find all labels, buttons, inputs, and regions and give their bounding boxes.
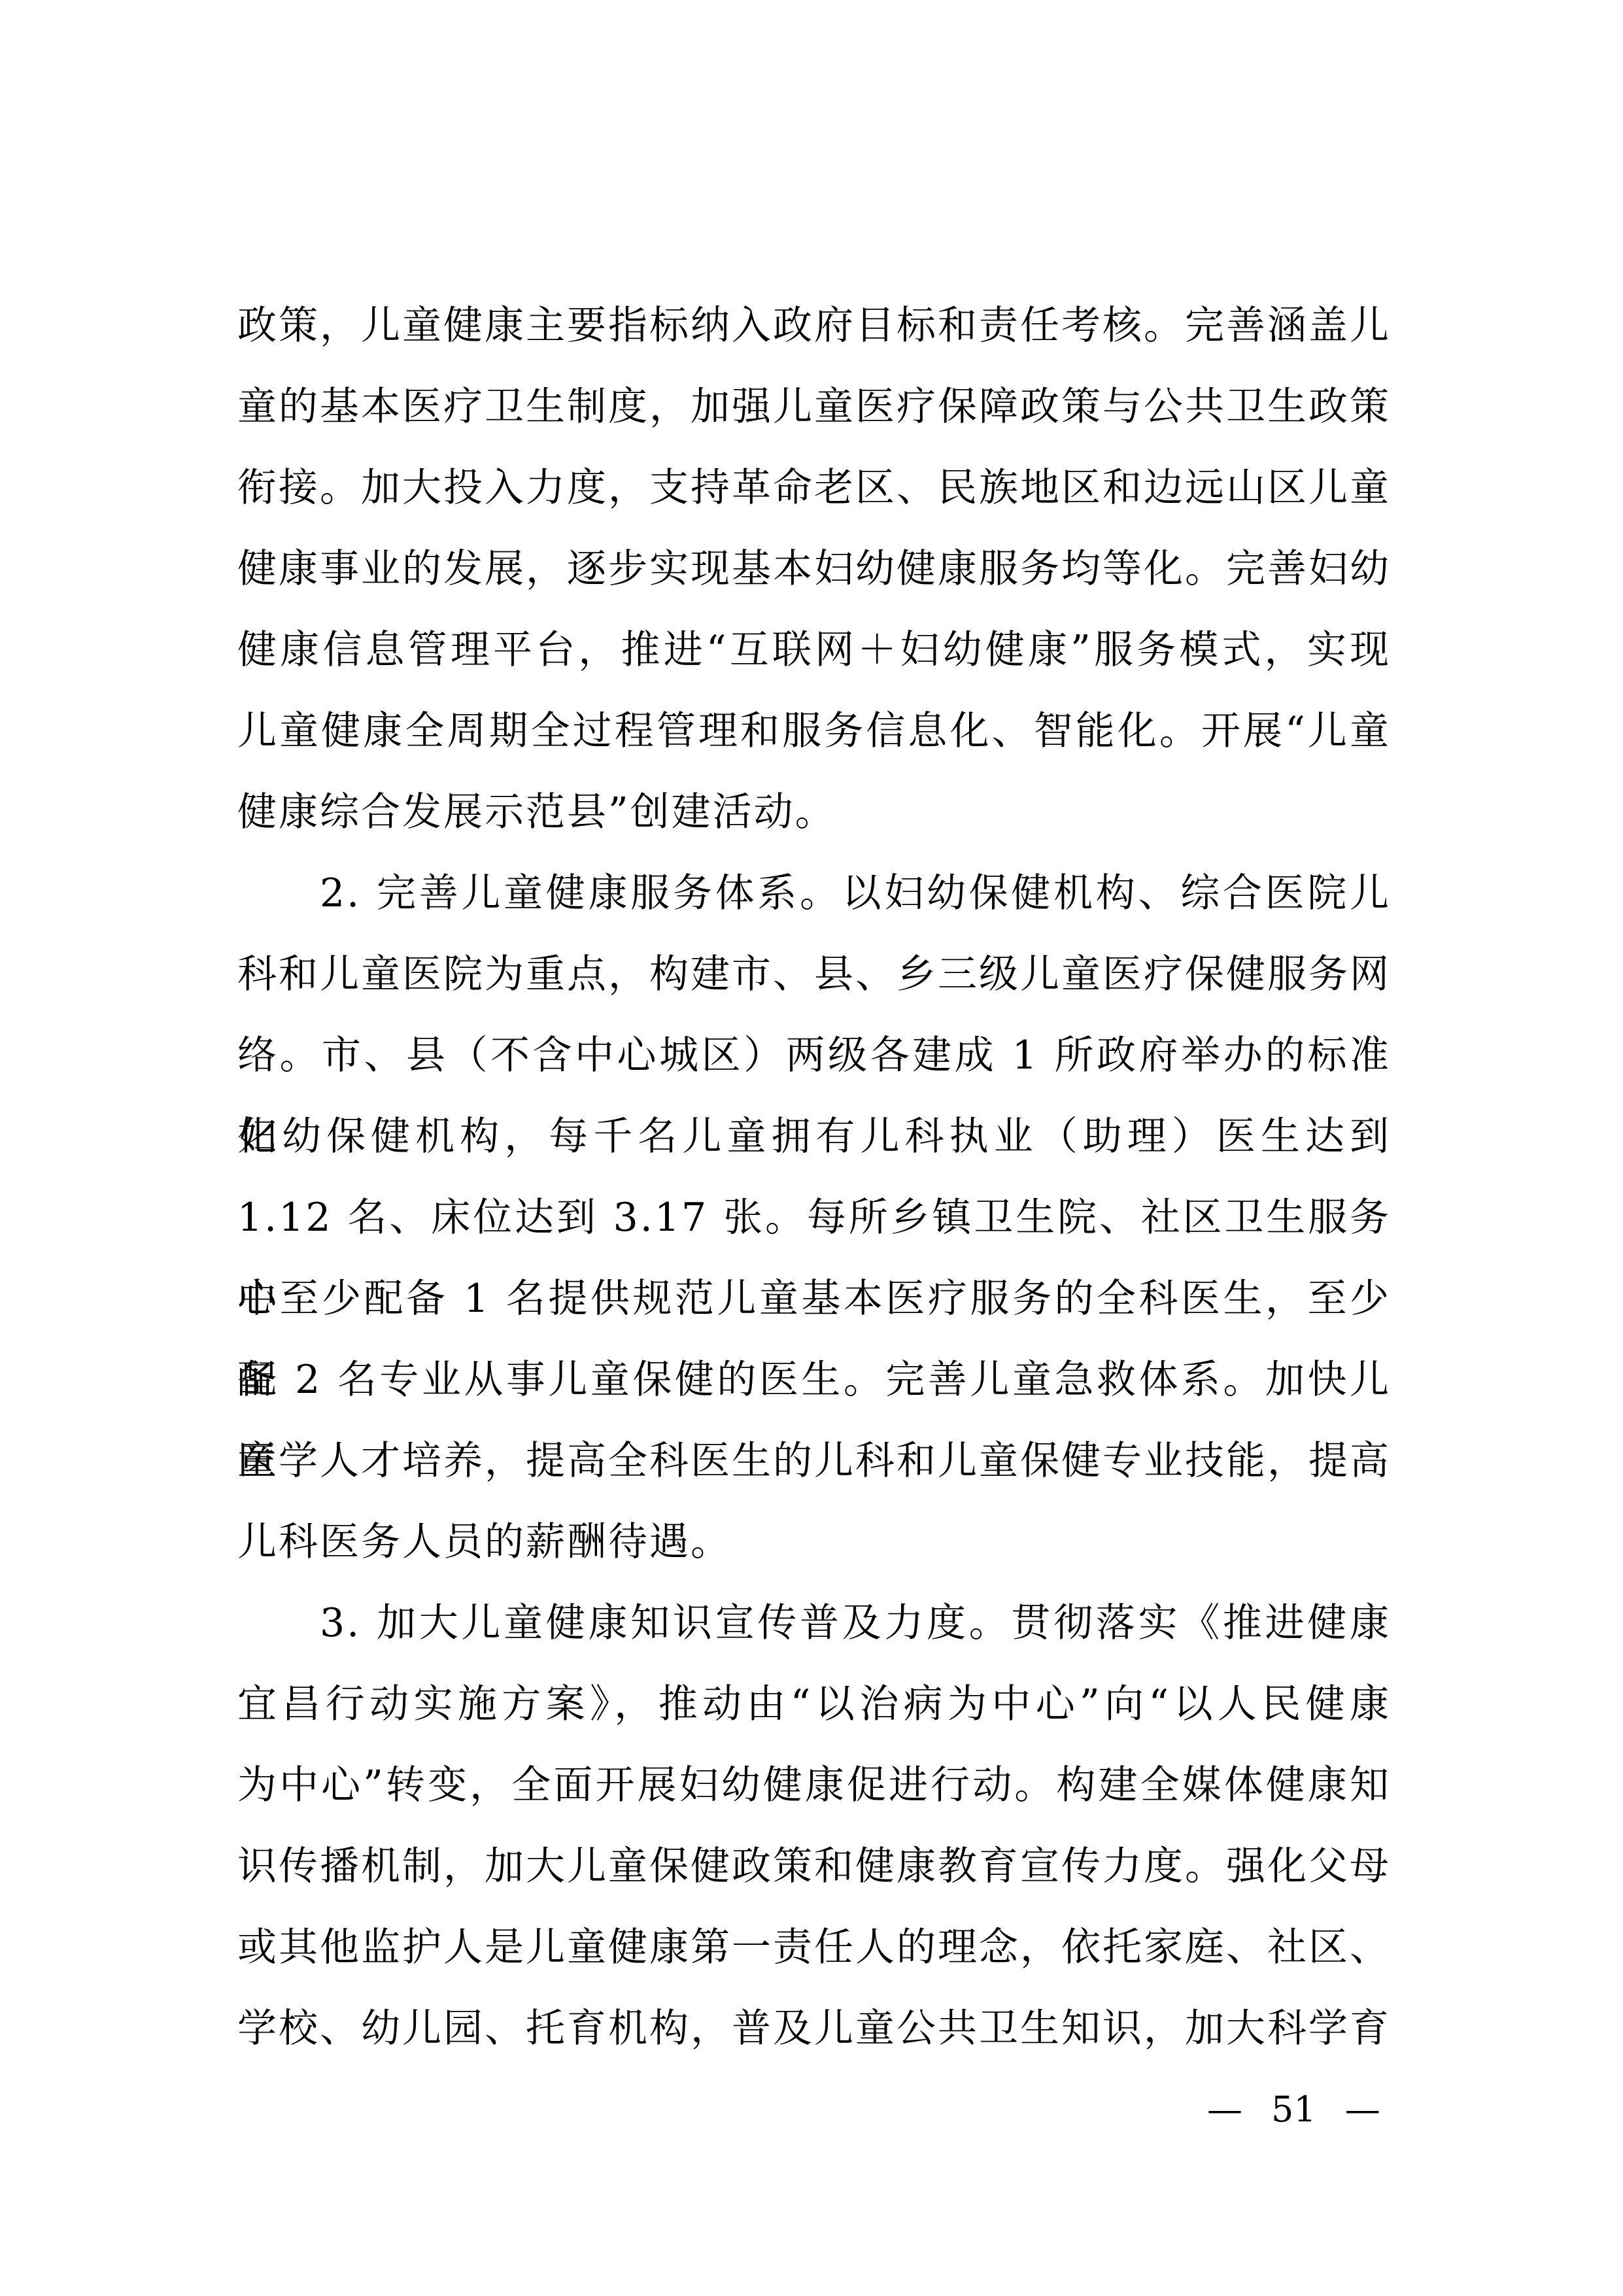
text-line: 为中心”转变，全面开展妇幼健康促进行动。构建全媒体健康知 [237,1745,1391,1826]
text-line: 妇幼保健机构，每千名儿童拥有儿科执业（助理）医生达到 [237,1096,1391,1177]
text-line: 童的基本医疗卫生制度，加强儿童医疗保障政策与公共卫生政策 [237,366,1391,447]
text-line: 健康事业的发展，逐步实现基本妇幼健康服务均等化。完善妇幼 [237,528,1391,609]
text-line: 政策，儿童健康主要指标纳入政府目标和责任考核。完善涵盖儿 [237,285,1391,366]
text-line: 2. 完善儿童健康服务体系。以妇幼保健机构、综合医院儿 [237,853,1391,934]
text-line: 科和儿童医院为重点，构建市、县、乡三级儿童医疗保健服务网 [237,934,1391,1015]
document-body: 政策，儿童健康主要指标纳入政府目标和责任考核。完善涵盖儿童的基本医疗卫生制度，加… [237,285,1391,2069]
page-number-dash-left: — [1207,2083,1242,2136]
text-line: 宜昌行动实施方案》，推动由“以治病为中心”向“以人民健康 [237,1664,1391,1745]
page-number-value: 51 [1271,2083,1316,2136]
text-line: 衔接。加大投入力度，支持革命老区、民族地区和边远山区儿童 [237,447,1391,528]
text-line: 备 2 名专业从事儿童保健的医生。完善儿童急救体系。加快儿童 [237,1339,1391,1420]
text-line: 心至少配备 1 名提供规范儿童基本医疗服务的全科医生，至少配 [237,1258,1391,1339]
text-line: 识传播机制，加大儿童保健政策和健康教育宣传力度。强化父母 [237,1826,1391,1907]
text-line: 或其他监护人是儿童健康第一责任人的理念，依托家庭、社区、 [237,1907,1391,1988]
text-line: 健康信息管理平台，推进“互联网＋妇幼健康”服务模式，实现 [237,609,1391,691]
text-line: 学校、幼儿园、托育机构，普及儿童公共卫生知识，加大科学育 [237,1988,1391,2069]
page-number-dash-right: — [1345,2083,1380,2136]
text-line: 1.12 名、床位达到 3.17 张。每所乡镇卫生院、社区卫生服务中 [237,1177,1391,1258]
page-number: — 51 — [1207,2083,1380,2136]
text-line: 儿科医务人员的薪酬待遇。 [237,1501,1391,1583]
document-page: 政策，儿童健康主要指标纳入政府目标和责任考核。完善涵盖儿童的基本医疗卫生制度，加… [0,0,1623,2296]
text-line: 健康综合发展示范县”创建活动。 [237,772,1391,853]
text-line: 3. 加大儿童健康知识宣传普及力度。贯彻落实《推进健康 [237,1583,1391,1664]
text-line: 儿童健康全周期全过程管理和服务信息化、智能化。开展“儿童 [237,691,1391,772]
text-line: 医学人才培养，提高全科医生的儿科和儿童保健专业技能，提高 [237,1420,1391,1501]
text-line: 络。市、县（不含中心城区）两级各建成 1 所政府举办的标准化 [237,1015,1391,1096]
